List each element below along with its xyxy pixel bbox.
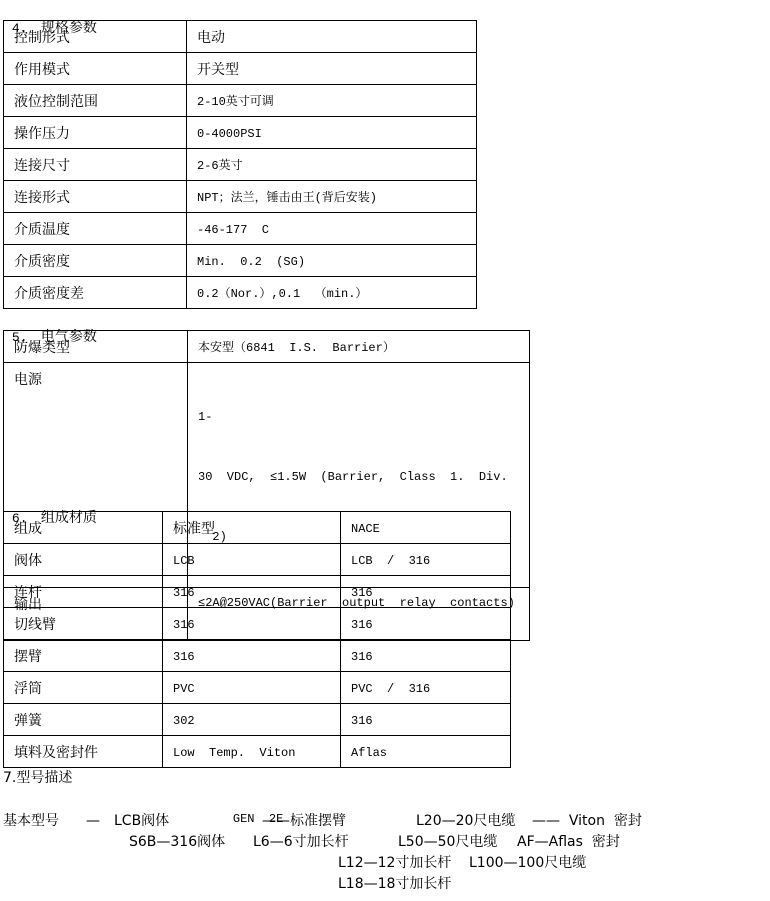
table-row: 介质密度Min. 0.2 (SG) <box>4 245 477 277</box>
spec-value: NPT；法兰，锤击由王(背后安装) <box>187 181 477 213</box>
spec-label: 连接尺寸 <box>4 149 187 181</box>
model-cable-option: L100—100尺电缆 <box>469 854 586 872</box>
spec-value-text: Min. 0.2 (SG) <box>197 255 305 269</box>
spec-value-text: NPT；法兰，锤击由王(背后安装) <box>197 191 377 205</box>
column-header: NACE <box>341 512 511 544</box>
model-cable-option: L50—50尺电缆 <box>398 833 497 851</box>
spec-label: 控制形式 <box>4 21 187 53</box>
table-row: 液位控制范围2-10英寸可调 <box>4 85 477 117</box>
model-seal-option: AF—Aflas 密封 <box>517 833 620 851</box>
component-name: 填料及密封件 <box>4 736 163 768</box>
table-row: 切线臂 316 316 <box>4 608 511 640</box>
spec-value: 0-4000PSI <box>187 117 477 149</box>
standard-material: 302 <box>163 704 341 736</box>
cell-text: LCB / 316 <box>351 554 430 568</box>
table-row: 阀体 LCB LCB / 316 <box>4 544 511 576</box>
component-name: 弹簧 <box>4 704 163 736</box>
table-row: 介质温度-46-177 C <box>4 213 477 245</box>
standard-material: PVC <box>163 672 341 704</box>
spec-label: 液位控制范围 <box>4 85 187 117</box>
spec-label: 连接形式 <box>4 181 187 213</box>
spec-label: 介质密度 <box>4 245 187 277</box>
spec-table: 控制形式电动 作用模式开关型 液位控制范围2-10英寸可调 操作压力0-4000… <box>3 20 477 309</box>
nace-material: Aflas <box>341 736 511 768</box>
table-row: 操作压力0-4000PSI <box>4 117 477 149</box>
materials-table: 组成 标准型 NACE 阀体 LCB LCB / 316 连杆 316 316 … <box>3 511 511 768</box>
cell-text: 316 <box>351 586 373 600</box>
nace-material: LCB / 316 <box>341 544 511 576</box>
cell-text: 316 <box>173 650 195 664</box>
cell-text: 316 <box>351 714 373 728</box>
table-row: 作用模式开关型 <box>4 53 477 85</box>
spec-value: -46-177 C <box>187 213 477 245</box>
model-body-option: LCB阀体 <box>114 812 169 830</box>
spec-value-text: -46-177 C <box>197 223 269 237</box>
cell-text: LCB <box>173 554 195 568</box>
table-row: 介质密度差0.2（Nor.）,0.1 （min.） <box>4 277 477 309</box>
spec-value-text: 0.2（Nor.）,0.1 （min.） <box>197 287 367 301</box>
cell-text: 316 <box>351 650 373 664</box>
model-arm-option: L6—6寸加长杆 <box>253 833 349 851</box>
spec-value-text: 2-6英寸 <box>197 159 243 173</box>
cell-text: 316 <box>173 586 195 600</box>
nace-material: PVC / 316 <box>341 672 511 704</box>
electrical-value: 本安型（6841 I.S. Barrier） <box>188 331 530 363</box>
standard-material: 316 <box>163 576 341 608</box>
table-row: 浮筒 PVC PVC / 316 <box>4 672 511 704</box>
spec-value-text: 2-10英寸可调 <box>197 95 274 109</box>
column-header: 标准型 <box>163 512 341 544</box>
model-seal-option: —— Viton 密封 <box>532 812 642 830</box>
section-heading-model: 7.型号描述 <box>3 769 72 787</box>
cell-text: Low Temp. Viton <box>173 746 295 760</box>
electrical-value-line: 1- <box>198 407 529 427</box>
spec-value: 0.2（Nor.）,0.1 （min.） <box>187 277 477 309</box>
component-name: 切线臂 <box>4 608 163 640</box>
spec-value: 2-6英寸 <box>187 149 477 181</box>
standard-material: Low Temp. Viton <box>163 736 341 768</box>
standard-material: 316 <box>163 640 341 672</box>
model-dash: — <box>86 812 100 830</box>
table-row: 防爆类型 本安型（6841 I.S. Barrier） <box>4 331 530 363</box>
model-cable-option: L20—20尺电缆 <box>416 812 515 830</box>
nace-material: 316 <box>341 640 511 672</box>
model-arm-option: L12—12寸加长杆 <box>338 854 451 872</box>
table-row: 连杆 316 316 <box>4 576 511 608</box>
column-header: 组成 <box>4 512 163 544</box>
cell-text: Aflas <box>351 746 387 760</box>
electrical-value-text: 本安型（6841 I.S. Barrier） <box>198 341 395 355</box>
spec-label: 作用模式 <box>4 53 187 85</box>
table-header-row: 组成 标准型 NACE <box>4 512 511 544</box>
spec-label: 介质温度 <box>4 213 187 245</box>
table-row: 弹簧 302 316 <box>4 704 511 736</box>
cell-text: PVC / 316 <box>351 682 430 696</box>
table-row: 连接尺寸2-6英寸 <box>4 149 477 181</box>
table-row: 连接形式NPT；法兰，锤击由王(背后安装) <box>4 181 477 213</box>
cell-text: 302 <box>173 714 195 728</box>
electrical-label: 防爆类型 <box>4 331 188 363</box>
nace-material: 316 <box>341 608 511 640</box>
column-header-text: NACE <box>351 522 380 536</box>
nace-material: 316 <box>341 704 511 736</box>
table-row: 控制形式电动 <box>4 21 477 53</box>
model-body-option: S6B—316阀体 <box>129 833 225 851</box>
model-arm-option: ——标准摆臂 <box>262 812 346 830</box>
component-name: 摆臂 <box>4 640 163 672</box>
component-name: 连杆 <box>4 576 163 608</box>
spec-value: Min. 0.2 (SG) <box>187 245 477 277</box>
model-arm-option: L18—18寸加长杆 <box>338 875 451 893</box>
spec-value: 2-10英寸可调 <box>187 85 477 117</box>
spec-value-text: 0-4000PSI <box>197 127 262 141</box>
spec-label: 操作压力 <box>4 117 187 149</box>
cell-text: PVC <box>173 682 195 696</box>
spec-label: 介质密度差 <box>4 277 187 309</box>
table-row: 摆臂 316 316 <box>4 640 511 672</box>
component-name: 浮筒 <box>4 672 163 704</box>
standard-material: LCB <box>163 544 341 576</box>
component-name: 阀体 <box>4 544 163 576</box>
cell-text: 316 <box>351 618 373 632</box>
cell-text: 316 <box>173 618 195 632</box>
spec-value: 开关型 <box>187 53 477 85</box>
electrical-value-line: 30 VDC, ≤1.5W (Barrier, Class 1. Div. <box>198 467 529 487</box>
table-row: 填料及密封件 Low Temp. Viton Aflas <box>4 736 511 768</box>
model-base-label: 基本型号 <box>3 812 59 830</box>
spec-value: 电动 <box>187 21 477 53</box>
nace-material: 316 <box>341 576 511 608</box>
standard-material: 316 <box>163 608 341 640</box>
